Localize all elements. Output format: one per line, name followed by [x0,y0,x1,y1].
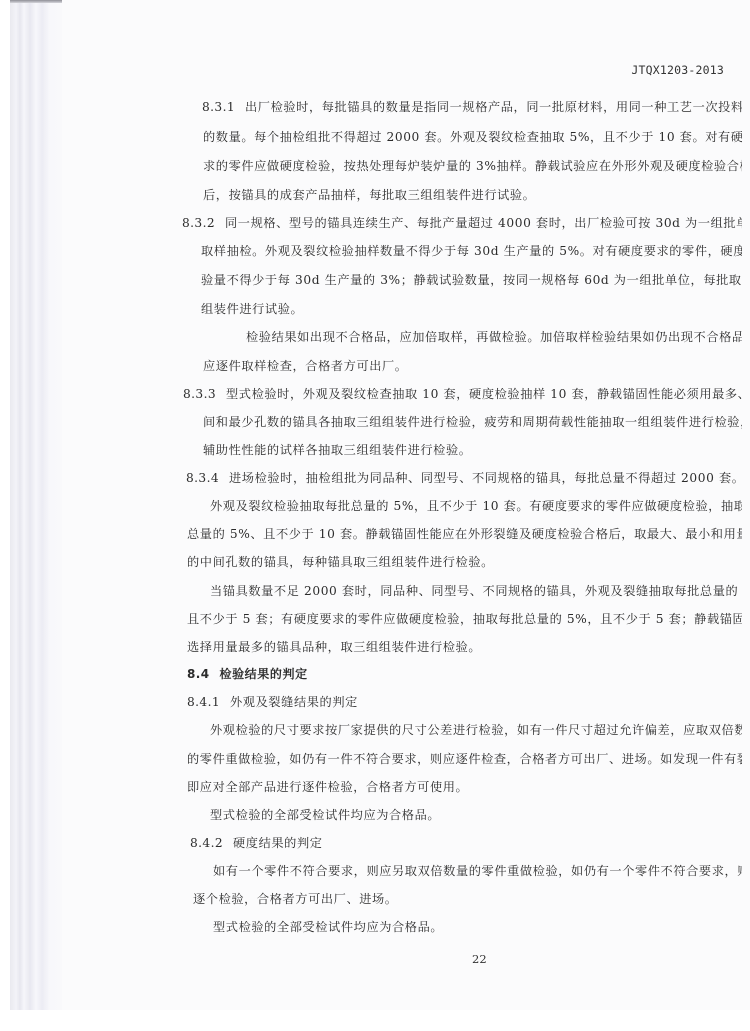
clause-number: 8.4.1 [187,695,220,709]
clause-number: 8.3.2 [182,216,215,230]
clause-number: 8.3.3 [183,387,216,401]
section-number: 8.4 [187,667,209,681]
paragraph-line: 后，按锚具的成套产品抽样，每批取三组组装件进行试验。 [203,186,535,203]
paragraph-line: 型式检验的全部受检试件均应为合格品。 [210,806,440,823]
paragraph-line: 逐个检验，合格者方可出厂、进场。 [193,890,398,907]
paragraph-line: 验量不得少于每 30d 生产量的 3%；静载试验数量，按同一规格每 60d 为一… [201,271,742,288]
clause-8-4-2-heading: 8.4.2硬度结果的判定 [190,834,323,851]
paragraph-line: 如有一个零件不符合要求，则应另取双倍数量的零件重做检验，如仍有一个零件不符合要求… [213,862,742,879]
paragraph-line: 当锚具数量不足 2000 套时，同品种、同型号、不同规格的锚具，外观及裂缝抽取每… [210,582,742,599]
paragraph-line: 的零件重做检验，如仍有一件不符合要求，则应逐件检查，合格者方可出厂、进场。如发现… [187,750,742,767]
paragraph-line: 的中间孔数的锚具，每种锚具取三组组装件进行检验。 [187,553,494,570]
clause-8-4-1-heading: 8.4.1外观及裂缝结果的判定 [187,693,358,710]
document-code: JTQX1203-2013 [631,63,724,77]
paragraph-line: 组装件进行试验。 [201,300,303,317]
page-number: 22 [472,952,487,966]
paragraph-line: 的数量。每个抽检组批不得超过 2000 套。外观及裂纹检查抽取 5%，且不少于 … [203,128,742,145]
paragraph-line: 辅助性性能的试样各抽取三组组装件进行检验。 [203,441,472,458]
paragraph-line: 型式检验的全部受检试件均应为合格品。 [213,918,443,935]
clause-8-3-4-line-1: 8.3.4进场检验时，抽检组批为同品种、同型号、不同规格的锚具，每批总量不得超过… [186,469,742,486]
paragraph-line: 间和最少孔数的锚具各抽取三组组装件进行检验，疲劳和周期荷载性能抽取一组组装件进行… [203,413,742,430]
paragraph-line: 外观及裂纹检验抽取每批总量的 5%，且不少于 10 套。有硬度要求的零件应做硬度… [210,497,742,514]
clause-8-3-3-line-1: 8.3.3型式检验时，外观及裂纹检查抽取 10 套，硬度检验抽样 10 套，静载… [183,385,742,402]
clause-number: 8.4.2 [190,836,223,850]
paragraph-line: 应逐件取样检查，合格者方可出厂。 [203,357,408,374]
section-8-4-heading: 8.4检验结果的判定 [187,665,308,682]
clause-8-3-2-line-1: 8.3.2同一规格、型号的锚具连续生产、每批产量超过 4000 套时，出厂检验可… [182,214,742,231]
clause-number: 8.3.1 [202,100,235,114]
paragraph-line: 外观检验的尺寸要求按厂家提供的尺寸公差进行检验，如有一件尺寸超过允许偏差，应取双… [210,721,742,738]
clause-number: 8.3.4 [186,471,219,485]
paragraph-line: 且不少于 5 套；有硬度要求的零件应做硬度检验，抽取每批总量的 5%，且不少于 … [187,610,742,627]
paragraph-line: 即应对全部产品进行逐件检验，合格者方可使用。 [187,778,468,795]
paragraph-line: 取样抽检。外观及裂纹检验抽样数量不得少于每 30d 生产量的 5%。对有硬度要求… [201,242,742,259]
clause-8-3-1-line-1: 8.3.1出厂检验时，每批锚具的数量是指同一规格产品，同一批原材料，用同一种工艺… [202,98,742,115]
paragraph-line: 求的零件应做硬度检验，按热处理每炉装炉量的 3%抽样。静载试验应在外形外观及硬度… [203,157,742,174]
paragraph-line: 选择用量最多的锚具品种，取三组组装件进行检验。 [187,638,481,655]
paragraph-line: 总量的 5%、且不少于 10 套。静载锚固性能应在外形裂缝及硬度检验合格后，取最… [187,525,742,542]
document-content: JTQX1203-2013 8.3.1出厂检验时，每批锚具的数量是指同一规格产品… [0,0,742,1031]
paragraph-line: 检验结果如出现不合格品，应加倍取样，再做检验。加倍取样检验结果如仍出现不合格品， [246,328,742,345]
